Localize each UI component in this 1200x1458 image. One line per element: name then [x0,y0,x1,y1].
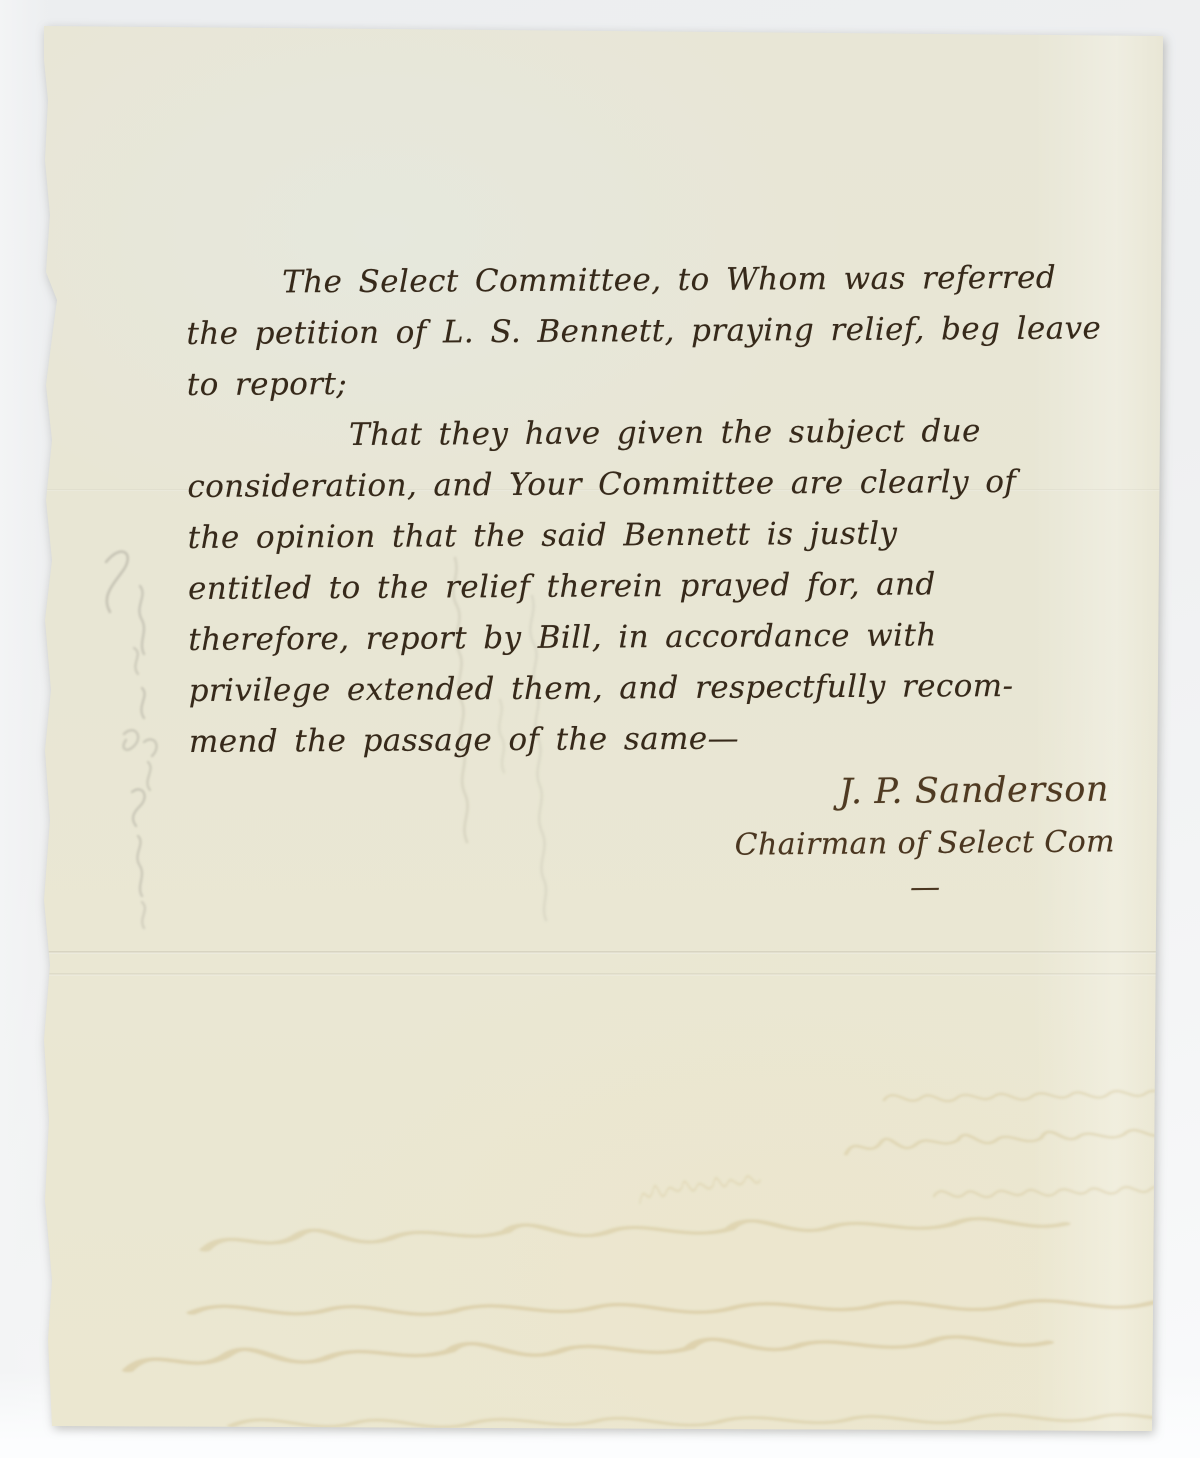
ink-bleedthrough-lines [128,1091,1200,1427]
signature-title: Chairman of Select Com— [730,820,1121,911]
body-line: mend the passage of the same— [189,711,1134,768]
document-page: The Select Committee, to Whom was referr… [0,0,1200,1458]
body-line: The Select Committee, to Whom was referr… [186,252,1131,309]
handwritten-body: The Select Committee, to Whom was referr… [186,252,1134,768]
body-line: therefore, report by Bill, in accordance… [188,609,1133,666]
body-line: That they have given the subject due [187,405,1132,462]
body-line: consideration, and Your Committee are cl… [187,456,1132,513]
pencil-marginalia [106,552,157,928]
paper-shadow: The Select Committee, to Whom was referr… [0,0,1200,1458]
signature: J. P. Sanderson [826,766,1122,815]
body-line: the opinion that the said Bennett is jus… [188,507,1133,564]
body-line: the petition of L. S. Bennett, praying r… [186,303,1131,360]
scan-background: The Select Committee, to Whom was referr… [0,0,1200,1458]
body-line: to report; [187,354,1132,411]
body-line: privilege extended them, and respectfull… [188,660,1133,717]
body-line: entitled to the relief therein prayed fo… [188,558,1133,615]
